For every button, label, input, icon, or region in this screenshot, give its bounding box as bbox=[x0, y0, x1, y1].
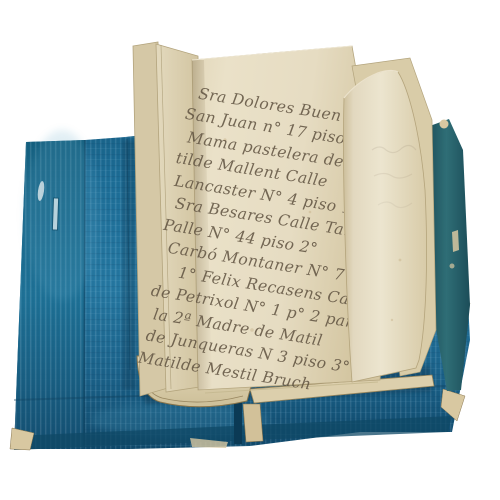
photo-stage: Sra Dolores Buen de San Juan n° 17 piso … bbox=[0, 0, 500, 500]
silk-sheen bbox=[24, 130, 100, 300]
seam-paper-edge bbox=[243, 404, 263, 442]
cover-wear-spot bbox=[440, 120, 449, 129]
case-seam bbox=[234, 402, 242, 444]
notebook-photo: Sra Dolores Buen de San Juan n° 17 piso … bbox=[0, 0, 500, 500]
cover-wear-spot bbox=[450, 264, 455, 269]
notebook-shadow bbox=[122, 140, 136, 390]
blank-page-right bbox=[343, 58, 436, 382]
foxing-spot bbox=[391, 319, 393, 321]
ribbon-slot bbox=[52, 198, 58, 230]
page-curl bbox=[343, 70, 426, 382]
cover-wear-spot bbox=[452, 230, 459, 252]
foxing-spot bbox=[399, 259, 402, 262]
